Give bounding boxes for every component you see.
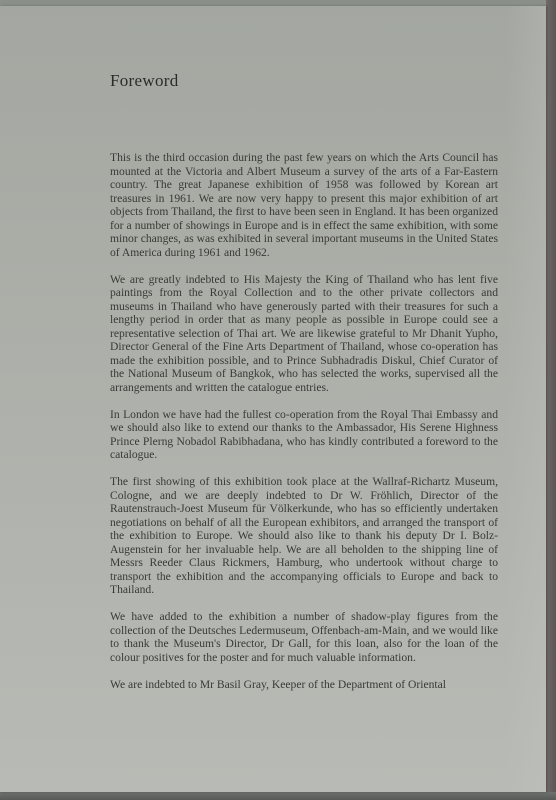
book-page: Foreword This is the third occasion duri… (0, 6, 546, 792)
paragraph-4: The first showing of this exhibition too… (110, 475, 498, 597)
paragraph-3: In London we have had the fullest co-ope… (110, 408, 498, 462)
book-edge-right (546, 0, 556, 800)
book-edge-bottom (0, 792, 556, 800)
paragraph-2: We are greatly indebted to His Majesty t… (110, 273, 498, 395)
paragraph-5: We have added to the exhibition a number… (110, 610, 498, 664)
page-heading: Foreword (110, 71, 179, 91)
paragraph-1: This is the third occasion during the pa… (110, 151, 498, 259)
foreword-body: This is the third occasion during the pa… (110, 151, 498, 705)
paragraph-6: We are indebted to Mr Basil Gray, Keeper… (110, 678, 498, 692)
